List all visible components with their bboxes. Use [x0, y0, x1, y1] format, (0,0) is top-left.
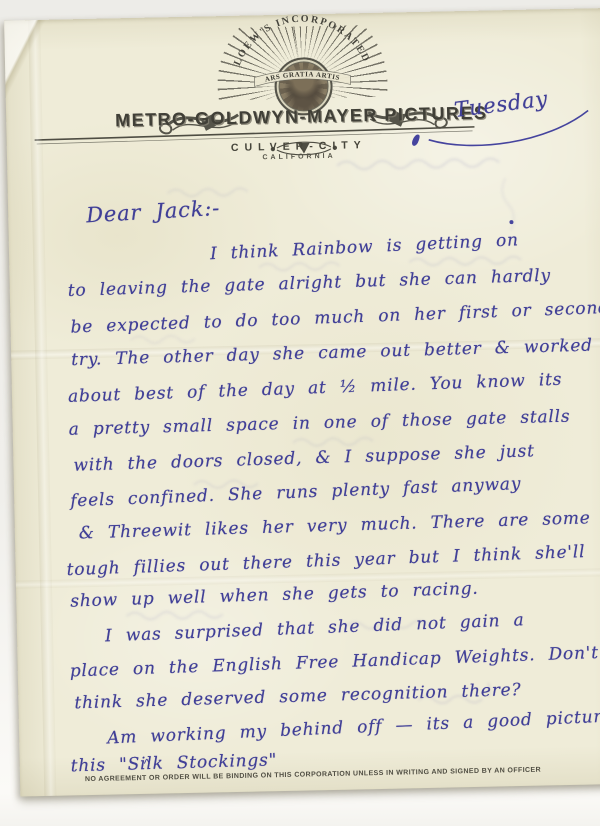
ink-dot: [509, 220, 513, 224]
handwritten-line: try. The other day she came out better &…: [71, 336, 593, 371]
handwritten-line: to leaving the gate alright but she can …: [68, 266, 552, 301]
handwritten-line: be expected to do too much on her first …: [70, 298, 600, 338]
handwritten-line: place on the English Free Handicap Weigh…: [69, 641, 600, 681]
handwritten-line: Am working my behind off — its a good pi…: [107, 706, 600, 748]
handwritten-line: think she deserved some recognition ther…: [74, 680, 522, 713]
letter-paper: LOEW'S INCORPORATED ARS GRATIA ARTIS: [4, 8, 600, 797]
corner-fold: [4, 19, 66, 104]
handwritten-line: about best of the day at ½ mile. You kno…: [68, 370, 563, 407]
handwritten-line: a pretty small space in one of those gat…: [68, 407, 570, 440]
handwritten-line: feels confined. She runs plenty fast any…: [70, 474, 522, 511]
handwritten-line: show up well when she gets to racing.: [70, 579, 479, 612]
fold-crease: [28, 20, 56, 796]
handwritten-line: I think Rainbow is getting on: [210, 230, 520, 264]
handwritten-line: tough fillies out there this year but I …: [66, 542, 585, 580]
letter-greeting: Dear Jack:-: [86, 196, 221, 227]
handwritten-line: & Threewit likes her very much. There ar…: [79, 508, 591, 543]
handwritten-line: I was surprised that she did not gain a: [105, 610, 525, 646]
caret-mark: ^: [144, 756, 150, 771]
handwritten-line: with the doors closed, & I suppose she j…: [73, 441, 535, 475]
